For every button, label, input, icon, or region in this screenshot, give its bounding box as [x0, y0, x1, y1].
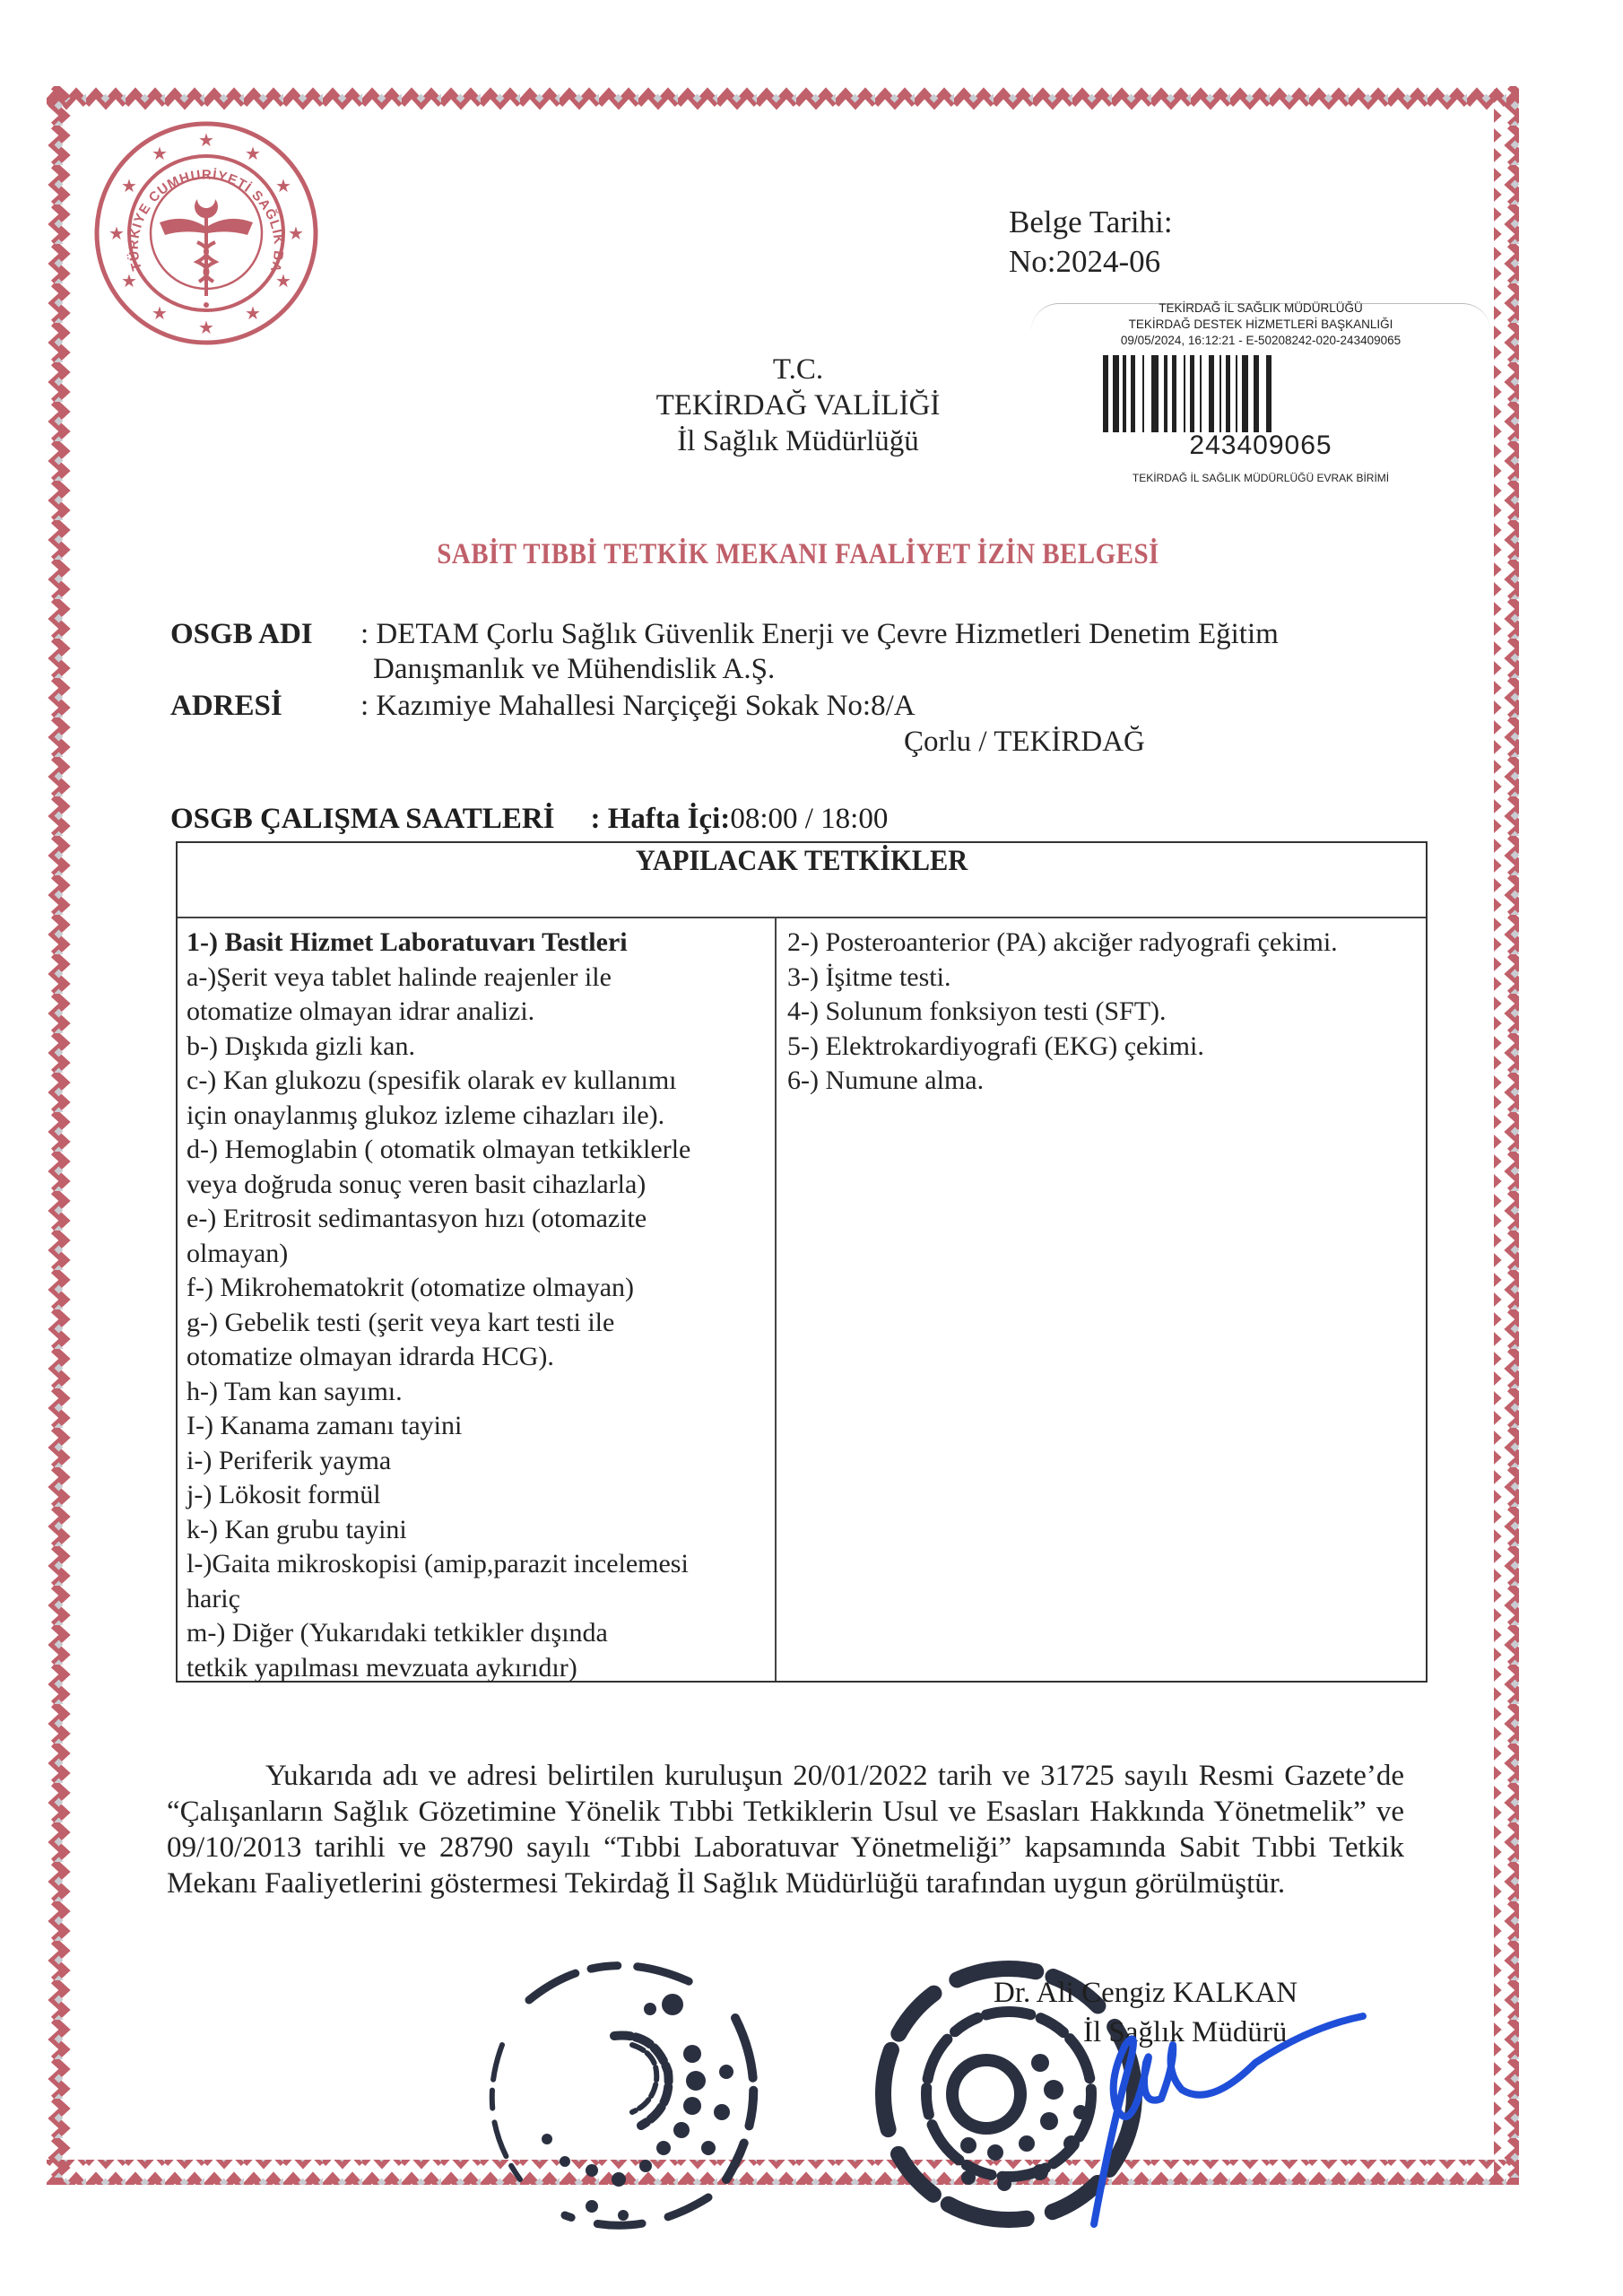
lab-test-line: I-) Kanama zamanı tayini: [187, 1409, 769, 1444]
document-title: SABİT TIBBİ TETKİK MEKANI FAALİYET İZİN …: [238, 538, 1358, 571]
svg-text:★: ★: [198, 318, 214, 338]
barcode-stamp: TEKİRDAĞ İL SAĞLIK MÜDÜRLÜĞÜ TEKİRDAĞ DE…: [1031, 296, 1490, 499]
working-hours-label: OSGB ÇALIŞMA SAATLERİ: [170, 803, 555, 835]
tests-table: YAPILACAK TETKİKLER 1-) Basit Hizmet Lab…: [176, 841, 1428, 1683]
svg-text:★: ★: [121, 177, 137, 196]
lab-test-line: a-)Şerit veya tablet halinde reajenler i…: [187, 961, 769, 996]
lab-test-line: tetkik yapılması mevzuata aykırıdır): [187, 1651, 769, 1686]
document-date-label: Belge Tarihi:: [1009, 203, 1173, 242]
svg-text:★: ★: [245, 144, 261, 164]
svg-text:★: ★: [288, 224, 304, 244]
lab-test-line: için onaylanmış glukoz izleme cihazları …: [187, 1099, 769, 1134]
lab-tests-title: 1-) Basit Hizmet Laboratuvarı Testleri: [187, 926, 769, 961]
barcode-dept-line: TEKİRDAĞ DESTEK HİZMETLERİ BAŞKANLIĞI: [1031, 317, 1490, 331]
column-divider: [775, 917, 777, 1681]
address-line1: : Kazımiye Mahallesi Narçiçeği Sokak No:…: [360, 689, 916, 724]
lab-test-line: l-)Gaita mikroskopisi (amip,parazit ince…: [187, 1547, 769, 1582]
lab-test-line: otomatize olmayan idrar analizi.: [187, 995, 769, 1030]
test-item: 6-) Numune alma.: [787, 1064, 1415, 1099]
svg-text:★: ★: [152, 304, 168, 324]
barcode-footer: TEKİRDAĞ İL SAĞLIK MÜDÜRLÜĞÜ EVRAK BİRİM…: [1031, 472, 1490, 484]
svg-text:★: ★: [275, 272, 291, 291]
address-line2: Çorlu / TEKİRDAĞ: [904, 725, 1145, 760]
issuer-governorship: TEKİRDAĞ VALİLİĞİ: [538, 387, 1058, 423]
svg-text:★: ★: [108, 224, 125, 244]
issuer-directorate: İl Sağlık Müdürlüğü: [538, 423, 1058, 459]
lab-test-line: j-) Lökosit formül: [187, 1478, 769, 1513]
issuer-header: T.C. TEKİRDAĞ VALİLİĞİ İl Sağlık Müdürlü…: [538, 352, 1058, 459]
issuer-tc: T.C.: [538, 352, 1058, 387]
lab-test-line: e-) Eritrosit sedimantasyon hızı (otomaz…: [187, 1202, 769, 1237]
tests-table-header: YAPILACAK TETKİKLER: [178, 843, 1426, 918]
document-info: Belge Tarihi: No:2024-06: [1009, 203, 1173, 282]
working-hours: OSGB ÇALIŞMA SAATLERİ: Hafta İçi:08:00 /…: [170, 803, 888, 836]
tests-right-column: 2-) Posteroanterior (PA) akciğer radyogr…: [787, 926, 1415, 1099]
osgb-name-line1: : DETAM Çorlu Sağlık Güvenlik Enerji ve …: [360, 618, 1279, 650]
lab-test-line: k-) Kan grubu tayini: [187, 1513, 769, 1548]
working-hours-value: 08:00 / 18:00: [730, 803, 888, 835]
address-label: ADRESİ: [170, 689, 282, 724]
test-item: 5-) Elektrokardiyografi (EKG) çekimi.: [787, 1030, 1415, 1065]
lab-test-line: h-) Tam kan sayımı.: [187, 1375, 769, 1410]
test-item: 4-) Solunum fonksiyon testi (SFT).: [787, 995, 1415, 1030]
osgb-name-label: OSGB ADI: [170, 617, 313, 652]
handwritten-signature-icon: [1076, 2009, 1372, 2233]
tests-table-title: YAPILACAK TETKİKLER: [228, 845, 1376, 878]
barcode-number: 243409065: [1031, 430, 1490, 461]
osgb-name-value: : DETAM Çorlu Sağlık Güvenlik Enerji ve …: [360, 617, 1401, 687]
lab-test-line: otomatize olmayan idrarda HCG).: [187, 1340, 769, 1375]
approval-paragraph: Yukarıda adı ve adresi belirtilen kurulu…: [167, 1758, 1404, 1901]
signatory-name: Dr. Ali Cengiz KALKAN: [994, 1973, 1298, 2013]
svg-text:★: ★: [152, 144, 168, 164]
svg-text:TÜRKİYE CUMHURİYETİ SAĞLIK BAK: TÜRKİYE CUMHURİYETİ SAĞLIK BAKANLIĞI: [90, 117, 286, 274]
test-item: 3-) İşitme testi.: [787, 961, 1415, 996]
lab-test-line: f-) Mikrohematokrit (otomatize olmayan): [187, 1271, 769, 1306]
official-seal-left-icon: [466, 1946, 771, 2242]
lab-test-line: d-) Hemoglabin ( otomatik olmayan tetkik…: [187, 1133, 769, 1168]
ministry-logo-icon: ★ ★ ★ ★ ★ ★ ★ ★ ★ ★ ★ ★ TÜRKİYE CUMHURİY…: [90, 117, 323, 350]
lab-test-line: olmayan): [187, 1237, 769, 1272]
svg-text:★: ★: [275, 177, 291, 196]
svg-text:★: ★: [245, 304, 261, 324]
test-item: 2-) Posteroanterior (PA) akciğer radyogr…: [787, 926, 1415, 961]
lab-test-line: hariç: [187, 1582, 769, 1617]
lab-test-line: m-) Diğer (Yukarıdaki tetkikler dışında: [187, 1616, 769, 1651]
barcode-icon: [1103, 355, 1419, 432]
approval-text: Yukarıda adı ve adresi belirtilen kurulu…: [167, 1760, 1404, 1900]
osgb-name-line2: Danışmanlık ve Mühendislik A.Ş.: [360, 652, 1401, 687]
barcode-timestamp-line: 09/05/2024, 16:12:21 - E-50208242-020-24…: [1031, 334, 1490, 347]
working-hours-prefix: : Hafta İçi:: [591, 803, 731, 835]
lab-test-line: i-) Periferik yayma: [187, 1444, 769, 1479]
tests-left-column: 1-) Basit Hizmet Laboratuvarı Testleri a…: [187, 926, 769, 1685]
svg-text:★: ★: [121, 272, 137, 291]
lab-test-line: c-) Kan glukozu (spesifik olarak ev kull…: [187, 1064, 769, 1099]
lab-test-line: g-) Gebelik testi (şerit veya kart testi…: [187, 1306, 769, 1341]
barcode-org-line: TEKİRDAĞ İL SAĞLIK MÜDÜRLÜĞÜ: [1031, 301, 1490, 315]
lab-test-line: b-) Dışkıda gizli kan.: [187, 1030, 769, 1065]
document-number: No:2024-06: [1009, 242, 1173, 282]
lab-test-line: veya doğruda sonuç veren basit cihazlarl…: [187, 1168, 769, 1203]
svg-text:★: ★: [198, 131, 214, 151]
